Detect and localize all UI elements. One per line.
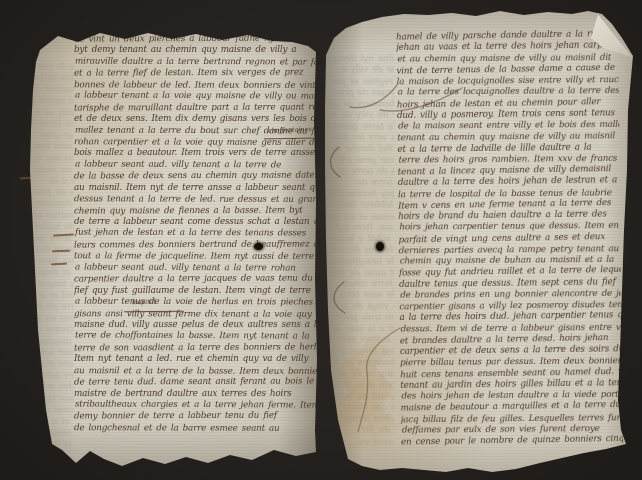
right-page-bleedthrough-margin: de vint un deux pierches a labbeur fudne… <box>328 54 394 450</box>
ink-hole <box>254 243 263 250</box>
right-page-text: hamel de villy parsche dande daultre a l… <box>396 29 623 452</box>
interlinear-correction: lospital <box>132 298 156 307</box>
bleedthrough-text: hamel de villy parsche dande daultre a l… <box>34 62 74 452</box>
right-page: de vint un deux pierches a labbeur fudne… <box>322 10 636 475</box>
left-page-surface: hamel de villy parsche dande daultre a l… <box>30 28 318 466</box>
manuscript-scan: hamel de villy parsche dande daultre a l… <box>0 0 642 480</box>
left-page-bleedthrough-margin: hamel de villy parsche dande daultre a l… <box>34 62 74 452</box>
left-page-text: de vint un deux pierches a labbeur fudne… <box>74 34 317 452</box>
right-page-surface: de vint un deux pierches a labbeur fudne… <box>322 10 636 475</box>
interlinear-correction: choffontaines <box>268 125 312 135</box>
bleedthrough-text: de vint un deux pierches a labbeur fudne… <box>328 54 394 448</box>
ink-hole <box>376 242 384 251</box>
left-page: hamel de villy parsche dande daultre a l… <box>30 28 318 466</box>
